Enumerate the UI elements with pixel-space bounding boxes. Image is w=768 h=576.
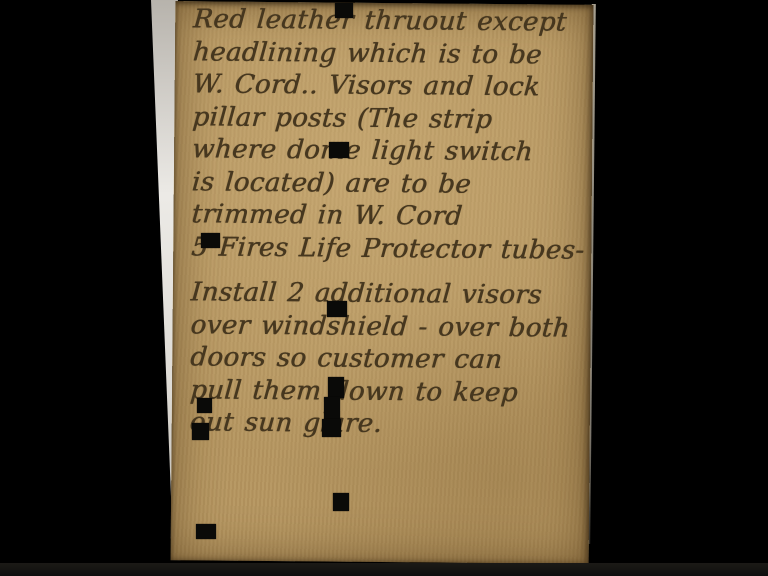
redaction-mark (333, 493, 349, 511)
photo-stage: Red leather thruout exceptheadlining whi… (0, 0, 768, 576)
redaction-mark (192, 423, 209, 440)
redaction-mark (328, 377, 344, 398)
redaction-mark (196, 524, 216, 539)
redaction-mark (335, 3, 353, 18)
redaction-mark (197, 398, 212, 413)
redaction-mark (324, 397, 340, 420)
redaction-marks-layer (0, 0, 768, 576)
redaction-mark (201, 233, 220, 248)
redaction-mark (327, 301, 347, 317)
bottom-shadow-band (0, 563, 768, 576)
redaction-mark (329, 142, 349, 158)
redaction-mark (322, 419, 341, 437)
